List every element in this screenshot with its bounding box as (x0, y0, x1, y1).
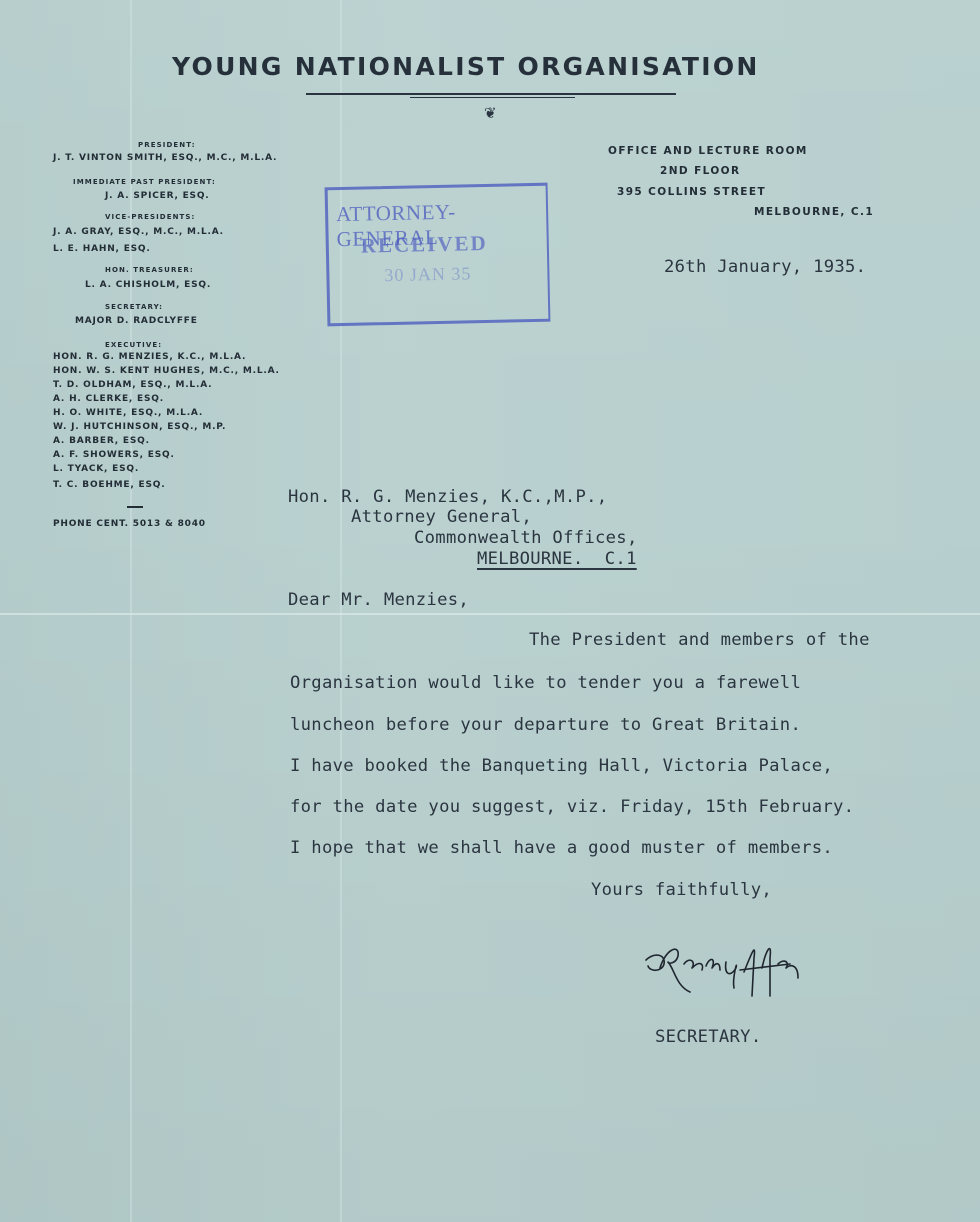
executive-member: H. O. WHITE, ESQ., M.L.A. (53, 408, 203, 418)
address-line: 395 COLLINS STREET (617, 186, 766, 198)
address-line: MELBOURNE, C.1 (754, 206, 874, 218)
officer-name: MAJOR D. RADCLYFFE (75, 316, 198, 326)
officer-role: SECRETARY: (105, 303, 163, 311)
fold-crease (340, 0, 342, 1222)
title-rule (410, 97, 575, 98)
recipient-city: MELBOURNE. C.1 (477, 549, 637, 569)
body-line: luncheon before your departure to Great … (290, 715, 801, 735)
letter-date: 26th January, 1935. (664, 257, 866, 277)
executive-member: T. D. OLDHAM, ESQ., M.L.A. (53, 380, 212, 390)
phone-number: PHONE CENT. 5013 & 8040 (53, 519, 206, 529)
officer-name: L. A. CHISHOLM, ESQ. (85, 280, 211, 290)
officer-role: IMMEDIATE PAST PRESIDENT: (73, 178, 216, 186)
signatory-title: SECRETARY. (655, 1027, 761, 1047)
body-line: The President and members of the (529, 630, 870, 650)
recipient-line: Hon. R. G. Menzies, K.C.,M.P., (288, 487, 607, 507)
recipient-line: Commonwealth Offices, (414, 528, 638, 548)
salutation: Dear Mr. Menzies, (288, 590, 469, 610)
executive-member: W. J. HUTCHINSON, ESQ., M.P. (53, 422, 226, 432)
executive-member: HON. W. S. KENT HUGHES, M.C., M.L.A. (53, 366, 280, 376)
body-line: for the date you suggest, viz. Friday, 1… (290, 797, 854, 817)
stamp-line: RECEIVED (361, 231, 488, 259)
officer-role: EXECUTIVE: (105, 341, 162, 349)
title-rule (306, 93, 676, 95)
officer-name: L. E. HAHN, ESQ. (53, 244, 151, 254)
body-line: I hope that we shall have a good muster … (290, 838, 833, 858)
received-stamp: ATTORNEY-GENERAL RECEIVED 30 JAN 35 (325, 183, 551, 327)
signature-icon (640, 938, 810, 1008)
officer-name: J. T. VINTON SMITH, ESQ., M.C., M.L.A. (53, 153, 277, 163)
closing: Yours faithfully, (591, 880, 772, 900)
executive-member: A. F. SHOWERS, ESQ. (53, 450, 175, 460)
ornament-icon: ❦ (484, 104, 497, 122)
officer-name: J. A. SPICER, ESQ. (105, 191, 210, 201)
officer-role: VICE-PRESIDENTS: (105, 213, 195, 221)
address-line: OFFICE AND LECTURE ROOM (608, 145, 808, 157)
officers-divider (127, 506, 143, 508)
executive-member: T. C. BOEHME, ESQ. (53, 480, 165, 490)
executive-member: A. BARBER, ESQ. (53, 436, 150, 446)
executive-member: A. H. CLERKE, ESQ. (53, 394, 164, 404)
address-line: 2ND FLOOR (660, 165, 741, 177)
executive-member: HON. R. G. MENZIES, K.C., M.L.A. (53, 352, 246, 362)
body-line: I have booked the Banqueting Hall, Victo… (290, 756, 833, 776)
officer-role: HON. TREASURER: (105, 266, 194, 274)
recipient-line: Attorney General, (351, 507, 532, 527)
stamp-date: 30 JAN 35 (384, 263, 471, 286)
officer-role: PRESIDENT: (138, 141, 196, 149)
officer-name: J. A. GRAY, ESQ., M.C., M.L.A. (53, 227, 224, 237)
organisation-title: YOUNG NATIONALIST ORGANISATION (172, 52, 760, 81)
body-line: Organisation would like to tender you a … (290, 673, 801, 693)
fold-crease (0, 613, 980, 615)
executive-member: L. TYACK, ESQ. (53, 464, 139, 474)
